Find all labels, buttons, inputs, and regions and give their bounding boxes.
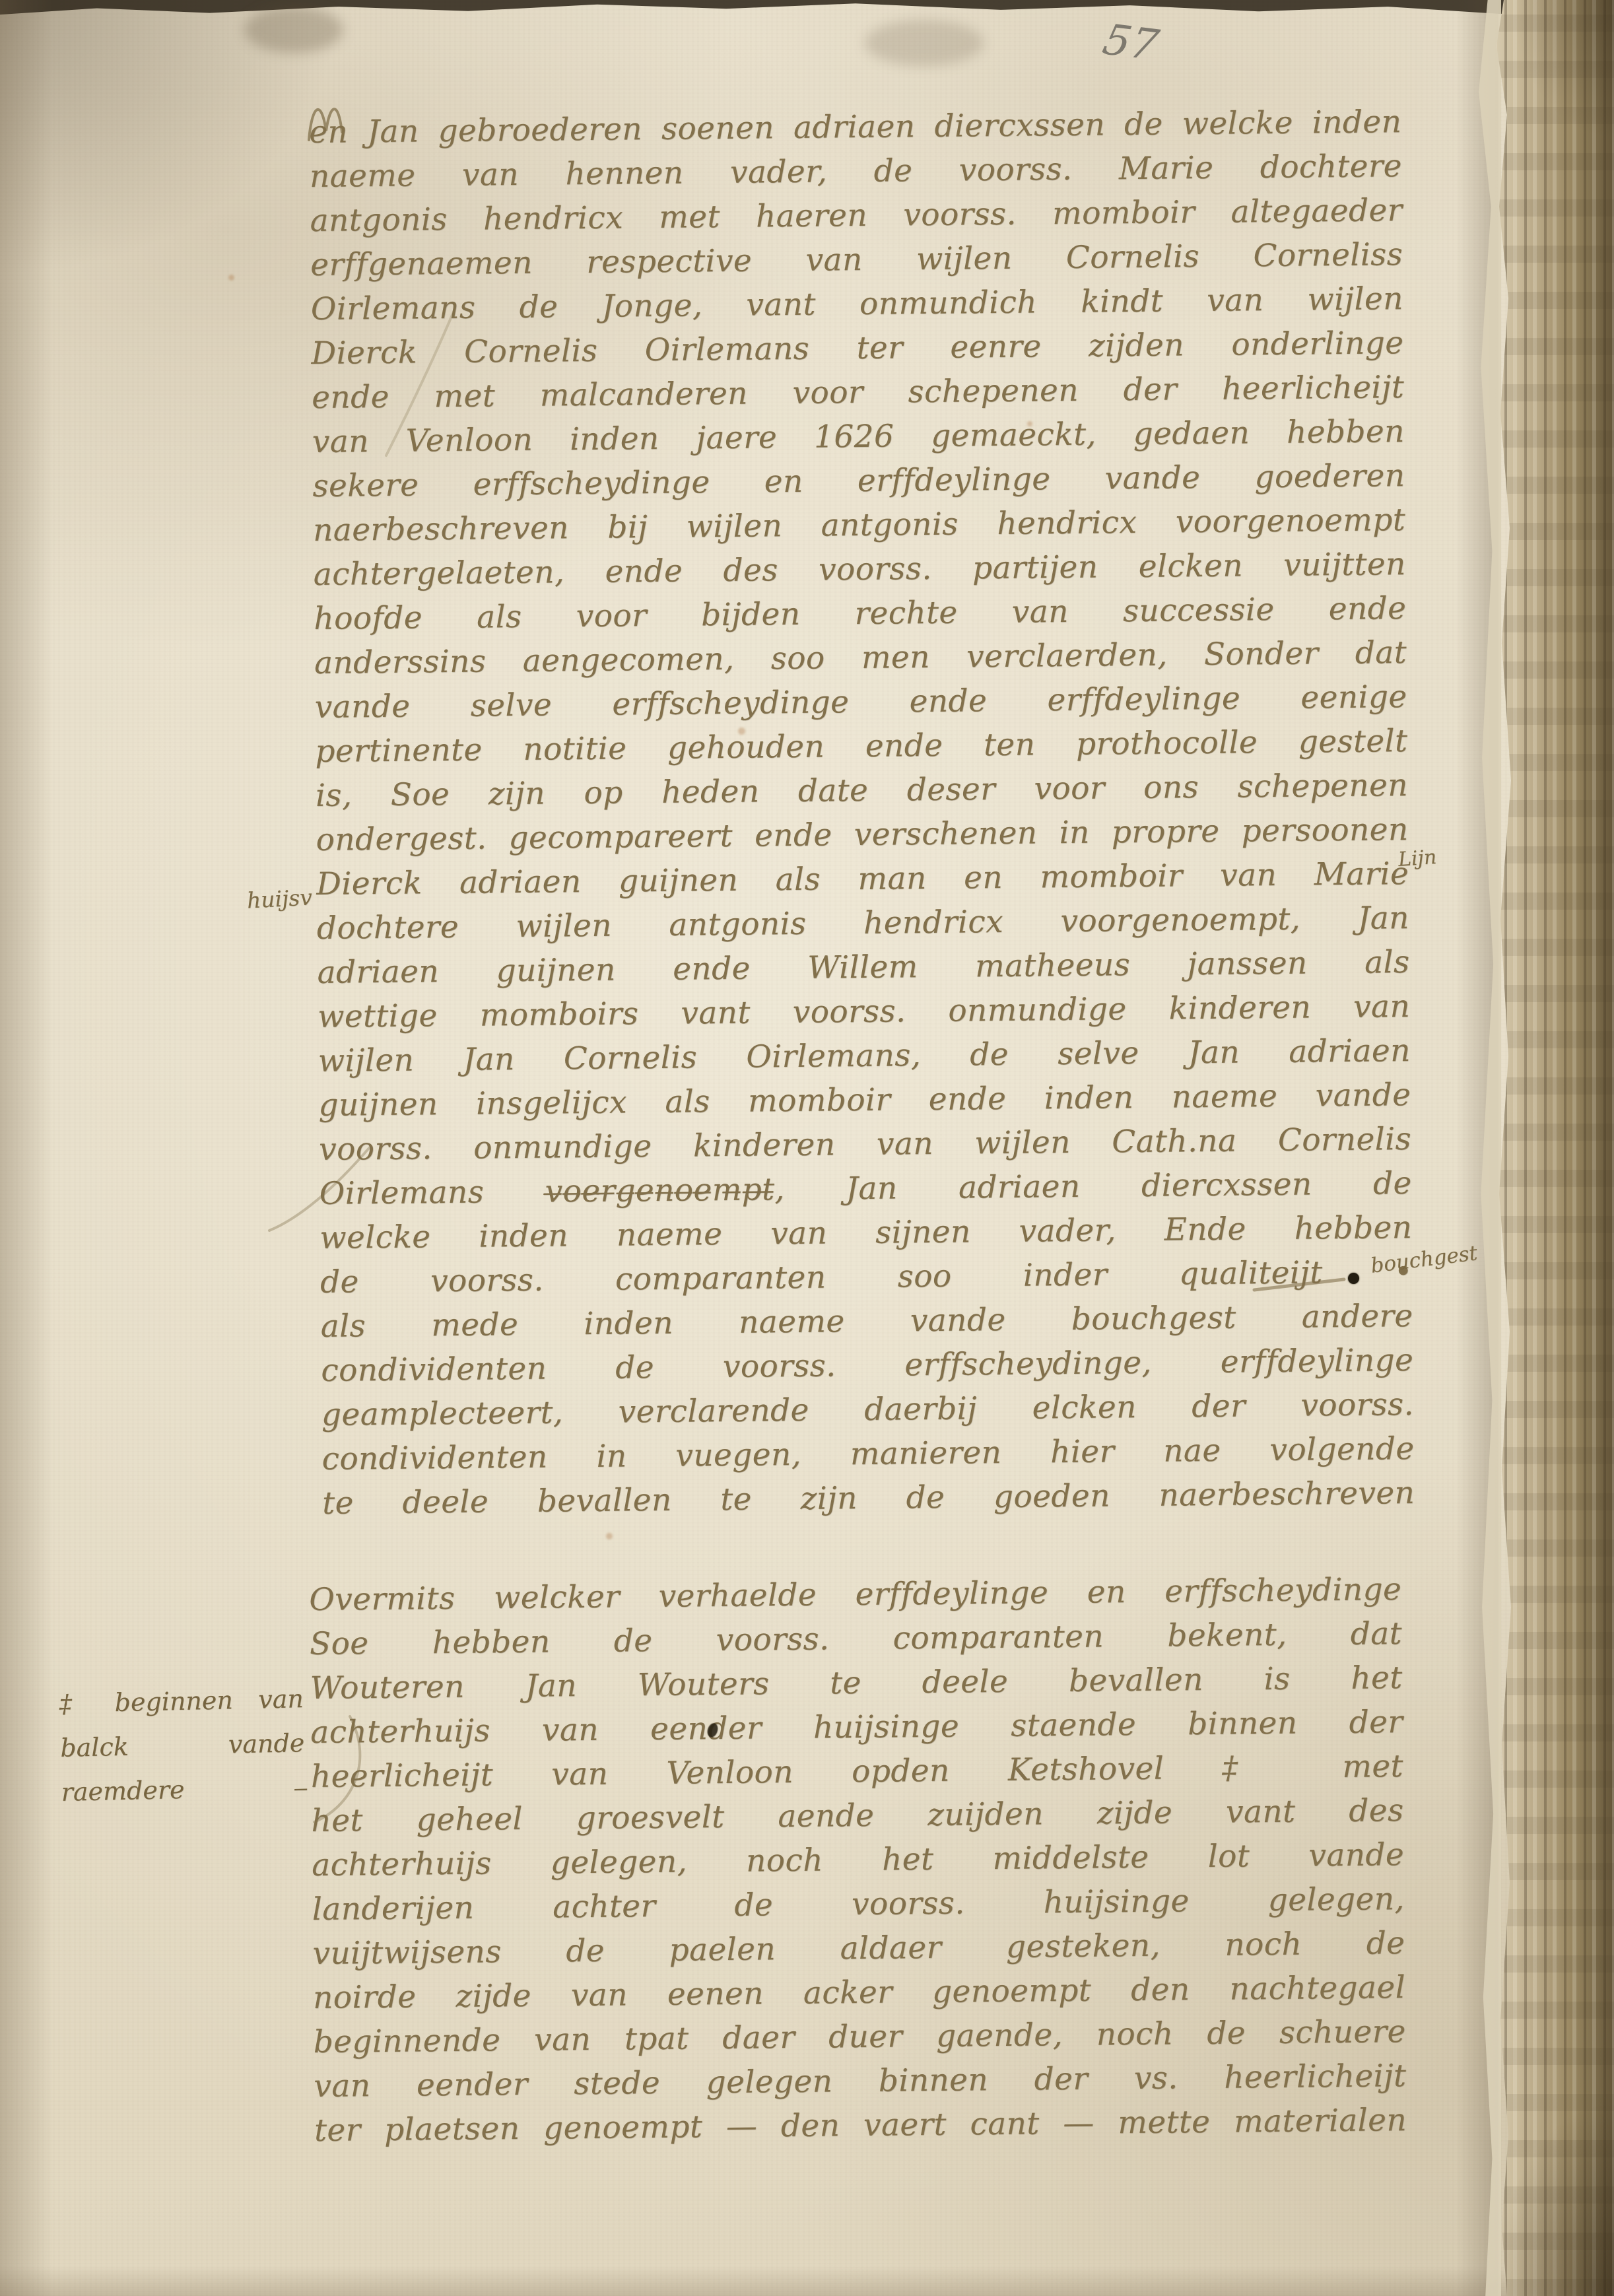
foxing-speck [738, 727, 745, 735]
crease-smudge [244, 7, 343, 53]
body-paragraph-1: en Jan gebroederen soenen adriaen diercx… [309, 100, 1415, 1526]
manuscript-line: balck vande [60, 1722, 305, 1771]
manuscript-page: 57 en Jan gebroederen soenen adriaen die… [0, 0, 1614, 2296]
margin-word-left: huijsv [246, 884, 313, 913]
foxing-speck [606, 1533, 613, 1539]
manuscript-line: ‡ beginnen van [59, 1677, 304, 1727]
page-number: 57 [1098, 16, 1163, 70]
body-paragraph-2: Overmits welcker verhaelde erffdeylinge … [309, 1567, 1407, 2153]
foxing-speck [1027, 421, 1032, 426]
page-bottom-edge-shadow [0, 2266, 1614, 2296]
manuscript-line [61, 1810, 306, 1860]
page-left-edge-shadow [0, 0, 53, 2296]
foxing-speck [228, 275, 234, 281]
margin-word-right: Lijn [1397, 846, 1437, 871]
manuscript-line: raemdere ⎯ [61, 1766, 306, 1815]
crease-smudge [865, 20, 984, 66]
insertion-marker-dot [1348, 1273, 1359, 1284]
margin-note: ‡ beginnen vanbalck vanderaemdere ⎯ [59, 1677, 307, 1860]
book-binding-edge [1493, 0, 1614, 2296]
